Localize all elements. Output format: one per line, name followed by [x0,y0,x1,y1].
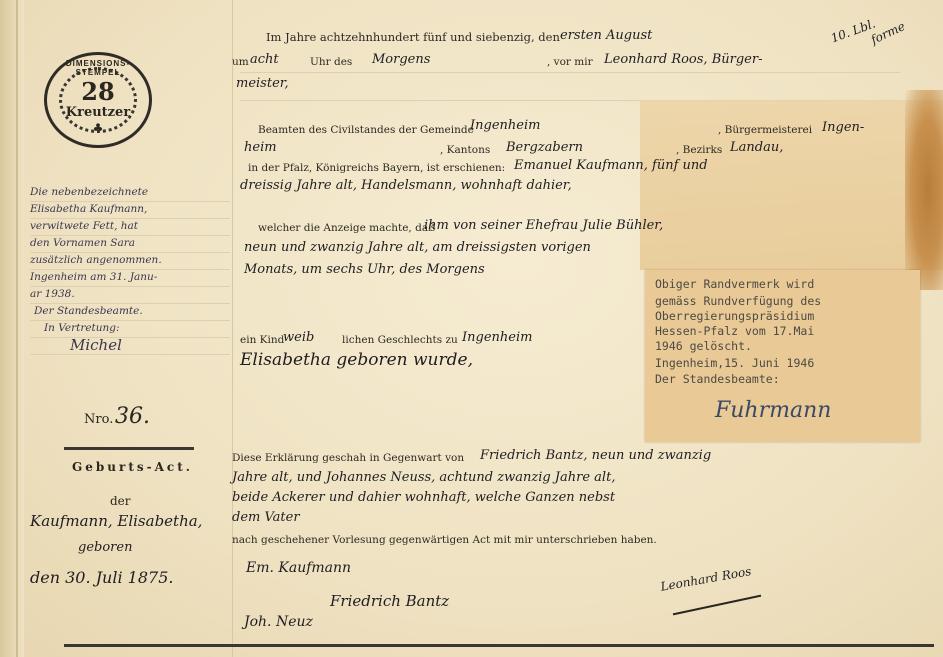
margin-note-signature: Michel [30,337,230,354]
body-line-11-hand-a: weib [283,330,314,345]
body-line-13-print: Diese Erklärung geschah in Gegenwart von [232,452,464,464]
body-line-11-print-a: ein Kind [240,334,284,346]
revenue-stamp: DIMENSIONS-STEMPEL 28 Kreutzer ♣ [44,52,152,148]
act-der: der [110,494,131,508]
body-line-15-hand: beide Ackerer und dahier wohnhaft, welch… [232,490,615,505]
body-line-4-print-a: Beamten des Civilstandes der Gemeinde [258,124,474,136]
ruled-line [30,354,230,355]
stamp-unit: Kreutzer [47,105,149,120]
signature-father: Em. Kaufmann [246,560,351,576]
typed-line: Ingenheim,15. Juni 1946 [655,356,814,370]
body-line-5-print-b: , Bezirks [676,144,722,156]
glue-stain [905,90,943,290]
signature-flourish [673,595,761,616]
body-line-5-print-a: , Kantons [440,144,490,156]
subject-born: geboren [78,540,132,555]
number-value: 36. [115,404,150,429]
body-line-4-print-b: , Bürgermeisterei [718,124,812,136]
body-line-1-hand: ersten August [560,28,652,43]
body-line-8-print: welcher die Anzeige machte, daß [258,222,435,234]
body-line-14-hand: Jahre alt, und Johannes Neuss, achtund z… [232,470,615,485]
margin-note-line: Elisabetha Kaufmann, [30,201,230,218]
margin-note-line: Der Standesbeamte. [30,303,230,320]
body-line-11-hand-b: Ingenheim [462,330,532,345]
body-line-2-print-c: , vor mir [547,56,593,68]
body-line-2-hand-c: Leonhard Roos, Bürger- [604,52,762,67]
subject-name: Kaufmann, Elisabetha, [30,512,202,530]
typed-line: Hessen-Pfalz vom 17.Mai [655,324,814,338]
ruled-line [240,72,900,73]
margin-note-line: verwitwete Fett, hat [30,218,230,235]
book-binding [0,0,24,657]
typed-line: Der Standesbeamte: [655,372,780,386]
margin-note-line: Die nebenbezeichnete [30,184,230,201]
number-label: Nro. [84,412,113,427]
column-divider [232,0,233,657]
corner-note-1: 10. Lbl. [829,17,877,46]
margin-note-line: ar 1938. [30,286,230,303]
clover-ornament-icon: ♣ [47,121,149,135]
separator-rule [64,447,194,450]
signature-official: Leonhard Roos [659,564,752,594]
body-line-11-print-b: lichen Geschlechts zu [342,334,458,346]
body-line-9-hand: neun und zwanzig Jahre alt, am dreissigs… [244,240,591,255]
stamp-value: 28 [47,77,149,106]
body-line-10-hand: Monats, um sechs Uhr, des Morgens [244,262,485,277]
stamp-ring-text: DIMENSIONS-STEMPEL [47,59,149,77]
body-line-2-hand-a: acht [250,52,279,67]
body-line-3-hand: meister, [236,76,289,91]
body-line-7-hand: dreissig Jahre alt, Handelsmann, wohnhaf… [240,178,572,193]
body-line-2-print-a: um [232,56,249,68]
body-line-1-print: Im Jahre achtzehnhundert fünf und sieben… [266,30,560,44]
margin-note-line: In Vertretung: [30,320,230,337]
body-line-13-hand: Friedrich Bantz, neun und zwanzig [480,448,711,463]
margin-note-line: den Vornamen Sara [30,235,230,252]
signature-witness-1: Friedrich Bantz [330,592,449,610]
body-line-5-hand-c: Landau, [730,140,783,155]
body-line-8-hand: ihm von seiner Ehefrau Julie Bühler, [424,218,663,233]
typed-line: Obiger Randvermerk wird [655,277,814,291]
binding-edge [16,0,18,657]
child-name: Elisabetha geboren wurde, [240,350,473,370]
typed-line: Oberregierungspräsidium [655,309,814,323]
body-line-16-hand: dem Vater [232,510,300,525]
body-line-5-hand-a: heim [244,140,277,155]
signature-witness-2: Joh. Neuz [244,614,313,630]
act-title: Geburts-Act. [72,460,193,474]
typed-line: gemäss Rundverfügung des [655,294,821,308]
body-line-2-hand-b: Morgens [372,52,430,67]
body-line-4-hand: Ingenheim [470,118,540,133]
body-line-4-hand-b: Ingen- [822,120,864,135]
body-line-6-print: in der Pfalz, Königreichs Bayern, ist er… [248,162,505,174]
body-line-5-hand-b: Bergzabern [506,140,583,155]
bottom-rule [64,644,934,647]
margin-note-line: Ingenheim am 31. Janu- [30,269,230,286]
registrar-signature: Fuhrmann [715,398,831,423]
subject-date: den 30. Juli 1875. [30,568,173,587]
body-line-6-hand: Emanuel Kaufmann, fünf und [514,158,708,173]
typed-annotation-slip: Obiger Randvermerk wird gemäss Rundverfü… [645,270,920,442]
body-line-2-print-b: Uhr des [310,56,352,68]
margin-annotation: Die nebenbezeichnete Elisabetha Kaufmann… [30,184,230,354]
register-page: 10. Lbl. forme DIMENSIONS-STEMPEL 28 Kre… [0,0,943,657]
body-line-17-print: nach geschehener Vorlesung gegenwärtigen… [232,534,657,546]
typed-line: 1946 gelöscht. [655,339,752,353]
margin-note-line: zusätzlich angenommen. [30,252,230,269]
